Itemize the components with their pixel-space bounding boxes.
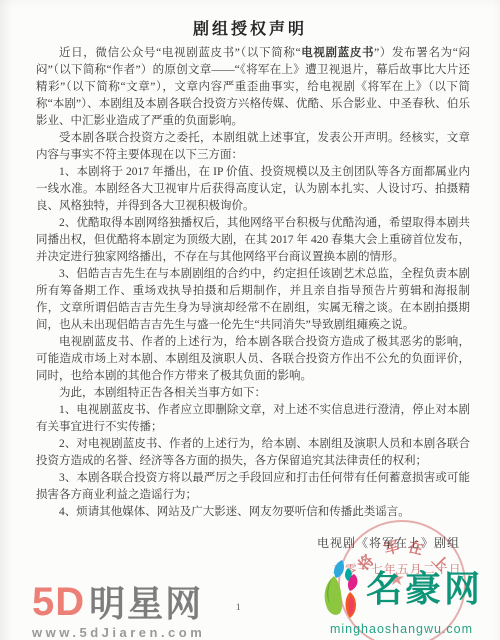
paragraph: 1、本剧将于 2017 年播出，在 IP 价值、投资规模以及主创团队等各方面都属… <box>36 164 470 215</box>
paragraph: 3、侣皓吉吉先生在与本剧剧组的合约中，约定担任该剧艺术总监，全程负责本剧所有筹备… <box>36 266 470 334</box>
signature-line: 电视剧《将军在上》剧组 <box>0 534 460 551</box>
paragraph: 为此，本剧组特正告各相关当事方如下： <box>36 385 470 402</box>
paragraph: 3、本剧各联合投资方将以最严厉之手段回应和打击任何带有任何蓄意损害或可能损害各方… <box>36 470 470 504</box>
watermark-5dmingxing: 5D 明星网 www.5dJiaren.com <box>32 582 205 640</box>
5d-logo: 5D 明星网 <box>32 582 205 622</box>
5d-logo-name: 明星网 <box>89 586 203 622</box>
paragraph: 电视剧蓝皮书、作者的上述行为，给本剧各联合投资方造成了极其恶劣的影响，可能造成市… <box>36 334 470 385</box>
minghao-leaf-face-icon <box>320 558 366 620</box>
minghao-brand: 名豪网 <box>366 571 483 607</box>
document-body: 近日，微信公众号“电视剧蓝皮书”（以下简称“电视剧蓝皮书”）发布署名为“闷闷”（… <box>0 45 500 521</box>
paragraph: 近日，微信公众号“电视剧蓝皮书”（以下简称“电视剧蓝皮书”）发布署名为“闷闷”（… <box>36 45 470 130</box>
paragraph: 4、烦请其他媒体、网站及广大影迷、网友勿要听信和传播此类谣言。 <box>36 504 470 521</box>
paragraph: 2、对电视剧蓝皮书、作者的上述行为，给本剧、本剧组及演职人员和本剧各联合投资方造… <box>36 436 470 470</box>
watermark-minghao: 名豪网 minghaoshangwu.com <box>320 558 483 636</box>
5d-url: www.5dJiaren.com <box>32 625 205 640</box>
minghao-url: minghaoshangwu.com <box>320 622 483 636</box>
page-title: 剧组授权声明 <box>0 16 500 39</box>
5d-logo-5d: 5D <box>32 582 85 622</box>
page-number: 1 <box>236 602 241 612</box>
paragraph: 2、优酷取得本剧网络独播权后，其他网络平台积极与优酷沟通，希望取得本剧共同播出权… <box>36 215 470 266</box>
paragraph: 受本剧各联合投资方之委托，本剧组就上述事宜，发表公开声明。经核实，文章内容与事实… <box>36 130 470 164</box>
paragraph: 1、电视剧蓝皮书、作者应立即删除文章，对上述不实信息进行澄清，停止对本剧有关事宜… <box>36 402 470 436</box>
scanned-statement-page: 剧组授权声明 近日，微信公众号“电视剧蓝皮书”（以下简称“电视剧蓝皮书”）发布署… <box>0 0 500 640</box>
